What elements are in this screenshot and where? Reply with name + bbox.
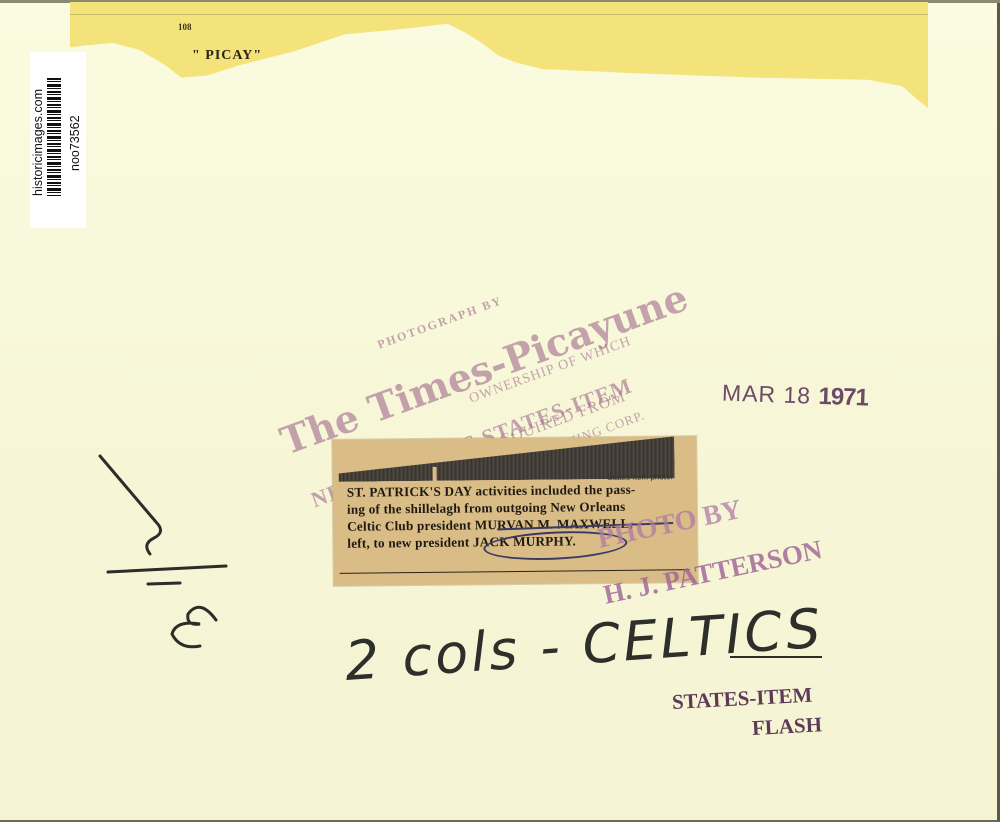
stamp-states-item-flash-line2: FLASH [751,712,822,741]
photo-reverse-paper: 108 " PICAY" historicimages.com noo73562… [0,0,1000,822]
barcode-icon [47,78,61,196]
barcode-site-text: historicimages.com [31,89,45,196]
newspaper-masthead-fragment: " PICAY" [192,48,262,64]
newspaper-clipping: —States-Item photo. ST. PATRICK'S DAY ac… [332,436,698,586]
handwritten-caption: 2 cols - CELTICS [343,597,826,693]
handwritten-fraction [96,450,236,650]
date-stamp-year: 1971 [818,383,868,412]
date-stamp-month-day: MAR 18 [722,379,812,408]
stamp-states-item-flash-line1: STATES-ITEM [671,683,813,715]
newspaper-residue-rule [70,14,928,15]
clipping-photo-gap [433,467,437,481]
handwritten-caption-underline [730,656,822,658]
date-stamp: MAR 18 1971 [722,379,869,412]
newspaper-page-number: 108 [178,22,192,32]
barcode-id-text: noo73562 [68,115,82,171]
clipping-line: ST. PATRICK'S DAY activities included th… [347,480,682,501]
